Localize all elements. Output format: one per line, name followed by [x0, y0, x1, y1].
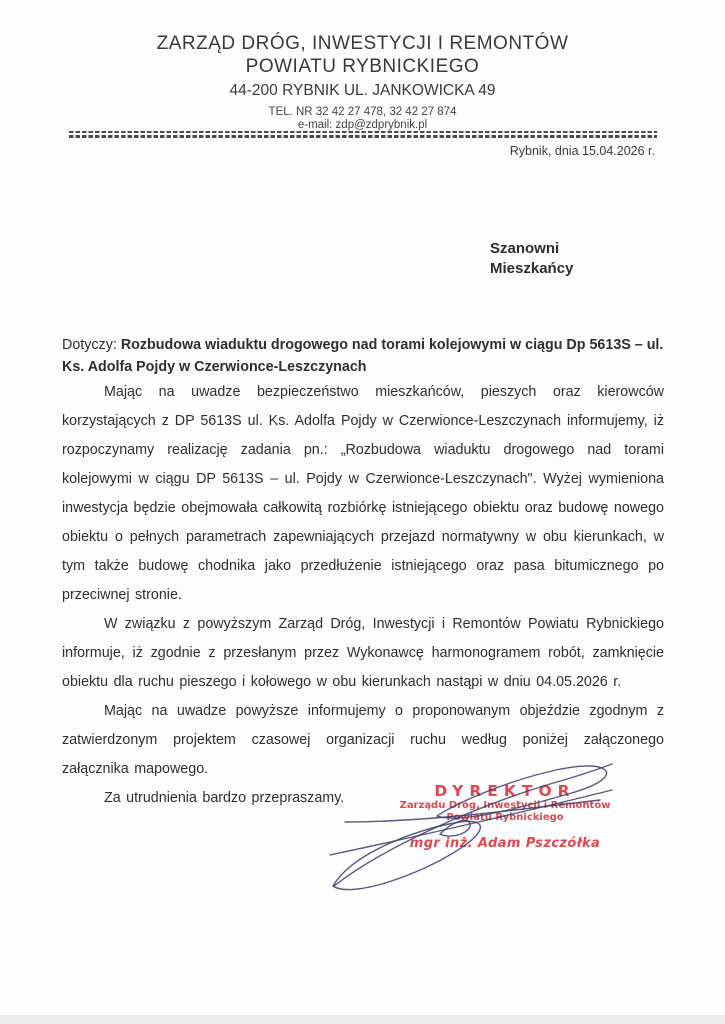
body-paragraph: Mając na uwadze bezpieczeństwo mieszkańc… [62, 378, 664, 610]
subject-text: Rozbudowa wiaduktu drogowego nad torami … [62, 337, 663, 375]
handwritten-signature [320, 738, 680, 908]
recipient-line2: Mieszkańcy [490, 259, 573, 279]
letterhead-separator [69, 131, 657, 139]
letter-page: ZARZĄD DRÓG, INWESTYCJI I REMONTÓW POWIA… [0, 0, 725, 1024]
org-phone: TEL. NR 32 42 27 478, 32 42 27 874 [0, 106, 725, 118]
subject-prefix: Dotyczy: [62, 337, 117, 353]
scan-edge-artifact [0, 1015, 725, 1024]
subject-line: Dotyczy: Rozbudowa wiaduktu drogowego na… [62, 334, 664, 378]
org-name-line1: ZARZĄD DRÓG, INWESTYCJI I REMONTÓW [0, 32, 725, 55]
body-paragraph: W związku z powyższym Zarząd Dróg, Inwes… [62, 610, 664, 697]
recipient-block: Szanowni Mieszkańcy [490, 239, 573, 279]
org-email: e-mail: zdp@zdprybnik.pl [0, 119, 725, 131]
org-name-line2: POWIATU RYBNICKIEGO [0, 55, 725, 78]
recipient-line1: Szanowni [490, 239, 573, 259]
dateline: Rybnik, dnia 15.04.2026 r. [510, 144, 655, 158]
letterhead: ZARZĄD DRÓG, INWESTYCJI I REMONTÓW POWIA… [0, 32, 725, 131]
org-address: 44-200 RYBNIK UL. JANKOWICKA 49 [0, 82, 725, 100]
